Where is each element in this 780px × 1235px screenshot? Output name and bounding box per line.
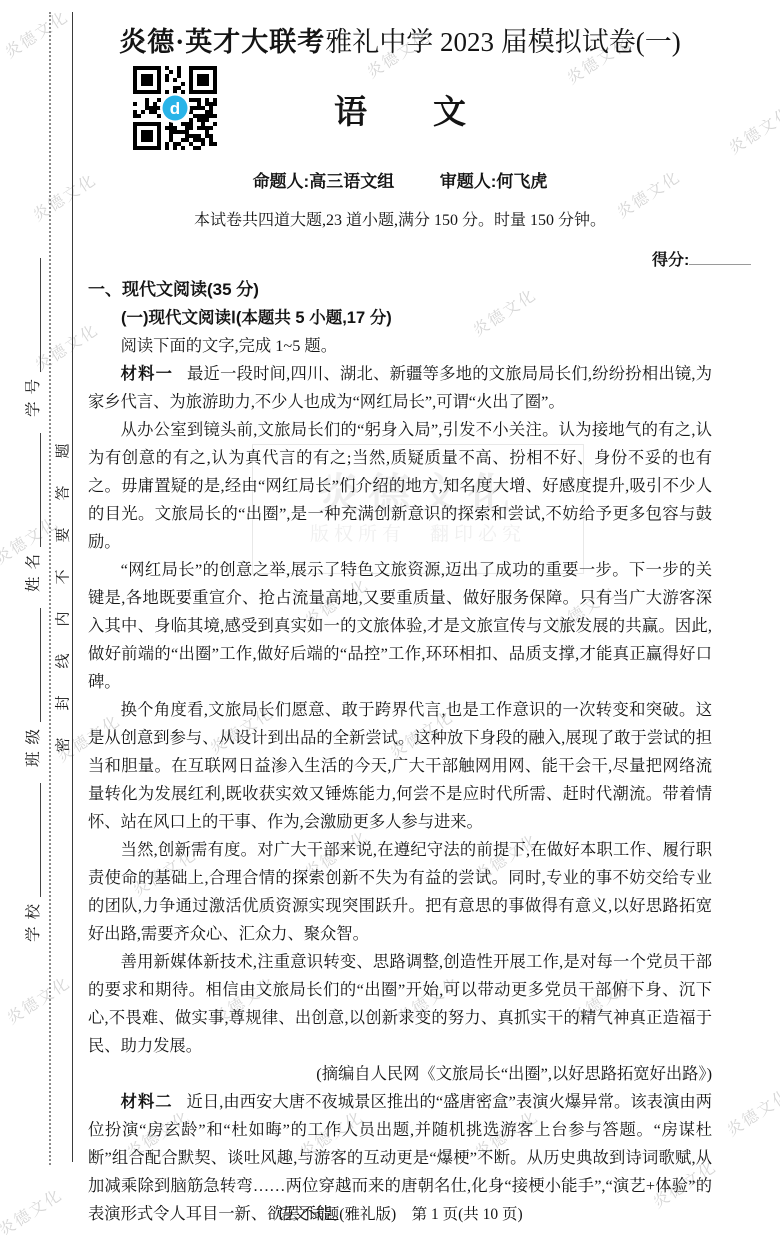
- subsection-title: (一)现代文阅读Ⅰ(本题共 5 小题,17 分): [88, 304, 712, 332]
- sidebar-field-label: 学校: [23, 897, 45, 942]
- sidebar-field-blank: [37, 258, 41, 372]
- exam-body: 一、现代文阅读(35 分) (一)现代文阅读Ⅰ(本题共 5 小题,17 分) 阅…: [88, 276, 712, 1228]
- material1-citation: (摘编自人民网《文旅局长“出圈”,以好思路拓宽好出路》): [88, 1060, 712, 1088]
- persons-line: 命题人:高三语文组 审题人:何飞虎: [88, 167, 712, 192]
- brand-watermark-stamp: 炎德文化: [0, 1182, 66, 1235]
- score-block: 得分:: [652, 247, 751, 270]
- brand-watermark-stamp: 炎德文化: [724, 100, 780, 159]
- material1-lead-paragraph: 材料一最近一段时间,四川、湖北、新疆等多地的文旅局局长们,纷纷扮相出镜,为家乡代…: [88, 360, 712, 416]
- brand-watermark-stamp: 炎德文化: [2, 970, 75, 1029]
- material1-paragraphs: 从办公室到镜头前,文旅局长们的“躬身入局”,引发不小关注。认为接地气的有之,认为…: [88, 416, 712, 1060]
- material2-label: 材料二: [121, 1093, 173, 1111]
- body-paragraph: 当然,创新需有度。对广大干部来说,在遵纪守法的前提下,在做好本职工作、履行职责使…: [88, 836, 712, 948]
- exam-title: 炎德·英才大联考雅礼中学 2023 届模拟试卷(一): [88, 20, 712, 59]
- reading-instruction: 阅读下面的文字,完成 1~5 题。: [88, 332, 712, 360]
- material1-lead-text: 最近一段时间,四川、湖北、新疆等多地的文旅局局长们,纷纷扮相出镜,为家乡代言、为…: [88, 364, 712, 411]
- student-info-fields: 学校班级姓名学号: [21, 258, 45, 958]
- sidebar-field-label: 姓名: [23, 547, 45, 592]
- body-paragraph: 善用新媒体新技术,注重意识转变、思路调整,创造性开展工作,是对每一个党员干部的要…: [88, 948, 712, 1060]
- sidebar-field-blank: [37, 608, 41, 722]
- sidebar-field-label: 班级: [23, 722, 45, 767]
- exam-instructions: 本试卷共四道大题,23 道小题,满分 150 分。时量 150 分钟。: [88, 207, 712, 230]
- body-paragraph: 从办公室到镜头前,文旅局长们的“躬身入局”,引发不小关注。认为接地气的有之,认为…: [88, 416, 712, 556]
- exam-brand: 炎德·英才大联考: [119, 27, 325, 57]
- brand-watermark-stamp: 炎德文化: [722, 1082, 780, 1141]
- seal-warning-text: 密封线内不要答题: [52, 405, 73, 765]
- brand-watermark-stamp: 炎德文化: [0, 4, 72, 63]
- subject-title: 语 文: [88, 86, 712, 133]
- page-footer: 语文试题(雅礼版) 第 1 页(共 10 页): [88, 1202, 712, 1224]
- score-blank: [689, 261, 751, 265]
- sidebar-field-label: 学号: [23, 372, 45, 417]
- section-title: 一、现代文阅读(35 分): [88, 276, 712, 304]
- sidebar-field-blank: [37, 433, 41, 547]
- material1-label: 材料一: [121, 365, 174, 383]
- exam-title-text: 雅礼中学 2023 届模拟试卷(一): [325, 27, 680, 57]
- sidebar-field-blank: [37, 783, 41, 897]
- body-paragraph: 换个角度看,文旅局长们愿意、敢于跨界代言,也是工作意识的一次转变和突破。这是从创…: [88, 696, 712, 836]
- reviewer-label: 审题人:何飞虎: [440, 172, 548, 191]
- body-paragraph: “网红局长”的创意之举,展示了特色文旅资源,迈出了成功的重要一步。下一步的关键是…: [88, 556, 712, 696]
- exam-paper-page: 炎德文化 版权所有 翻印必究 炎德文化炎德文化炎德文化炎德文化炎德文化炎德文化炎…: [0, 0, 780, 1235]
- setter-label: 命题人:高三语文组: [253, 172, 395, 191]
- score-label: 得分:: [652, 252, 689, 269]
